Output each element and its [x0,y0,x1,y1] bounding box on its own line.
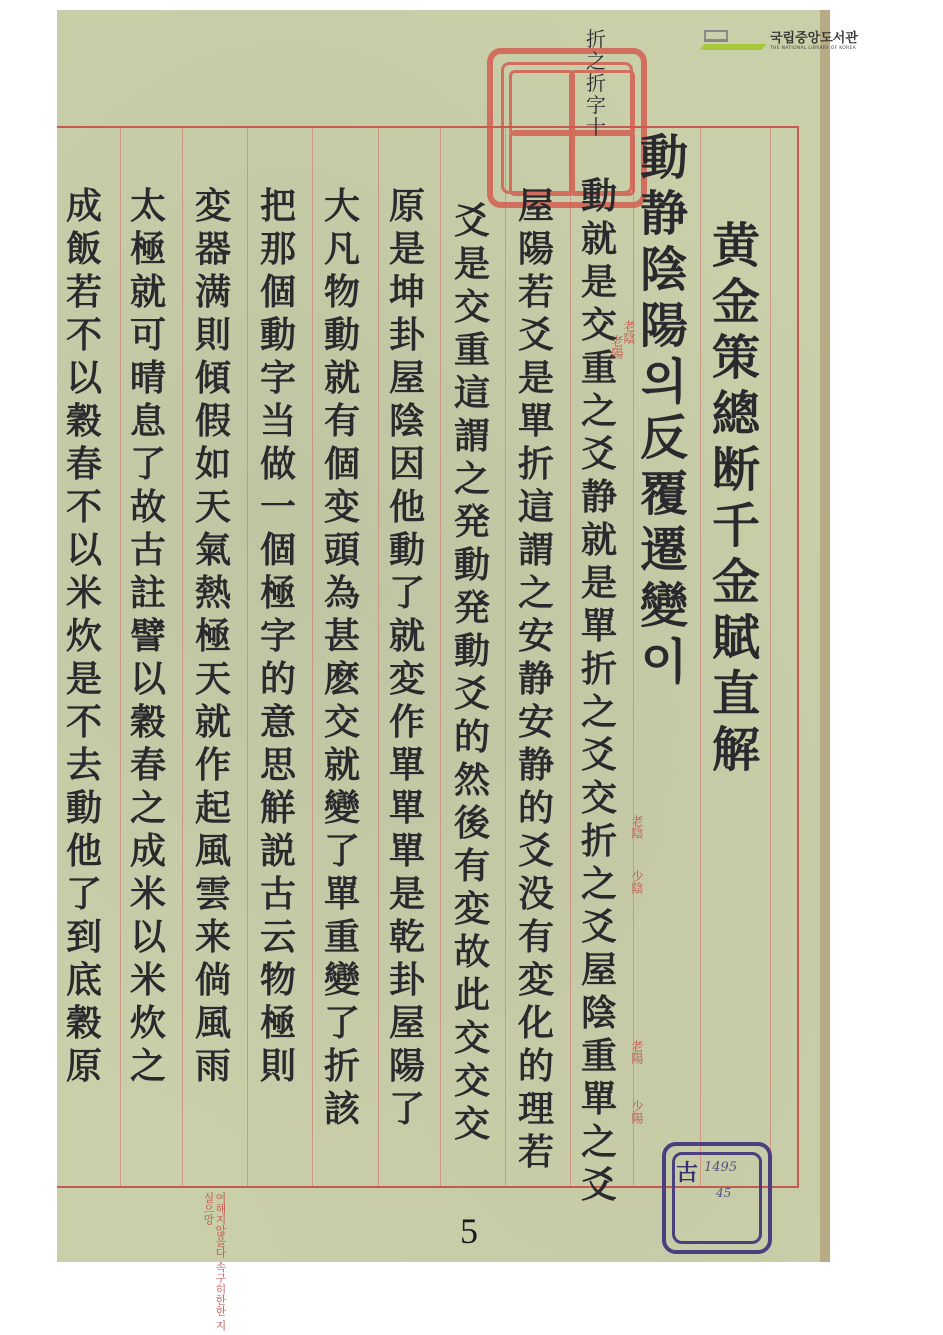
character: 起 [195,787,231,830]
column-rule [378,128,379,1186]
red-seal-stamp [487,48,647,208]
character: 是 [581,562,617,605]
character: 卦 [389,314,425,357]
character: 就 [389,615,425,658]
character: 爻 [518,830,554,873]
character: 爻 [454,200,490,243]
character: 晴 [130,357,166,400]
character: 後 [454,802,490,845]
character: 了 [66,873,102,916]
character: 断 [712,442,760,498]
character: 物 [260,959,296,1002]
character: 黄 [712,218,760,274]
character: 交 [581,777,617,820]
character: 氣 [195,529,231,572]
character: 可 [130,314,166,357]
character: 没 [518,873,554,916]
character: 来 [195,916,231,959]
character: 字 [260,357,296,400]
character: 這 [454,372,490,415]
character: 穀 [130,701,166,744]
character: 雨 [195,1045,231,1088]
character: 折 [518,443,554,486]
character: 屋 [581,949,617,992]
frame-right-border [797,126,799,1188]
character: 因 [389,443,425,486]
character: 変 [454,888,490,931]
character: 風 [195,1002,231,1045]
stamp-subnumber: 45 [716,1186,731,1200]
character: 乾 [389,916,425,959]
character: 以 [66,357,102,400]
character: 倘 [195,959,231,1002]
character: 解 [712,722,760,778]
character: 安 [518,701,554,744]
character: 若 [66,271,102,314]
character: 是 [389,873,425,916]
character: 炊 [66,615,102,658]
character: 那 [260,228,296,271]
character: 思 [260,744,296,787]
character: 極 [260,1002,296,1045]
korean-margin-note: 여해지않을다 속구히한한 지실으망 [202,1192,226,1335]
heading-column: 動静陰陽의反覆遷變이 [640,130,688,690]
character: 静 [581,476,617,519]
character: 変 [195,185,231,228]
text-column-2: 屋陽若爻是單折這謂之安静安静的爻没有変化的理若 [512,185,560,1174]
character: 之 [130,787,166,830]
character: 註 [130,572,166,615]
text-column-1: 動就是交重之爻静就是單折之爻交折之爻屋陰重單之爻 [575,175,623,1207]
character: 物 [324,271,360,314]
text-column-9: 成飯若不以穀春不以米炊是不去動他了到底穀原 [60,185,108,1088]
character: 大 [324,185,360,228]
character: 重 [324,916,360,959]
character: 策 [712,330,760,386]
character: 不 [66,314,102,357]
text-column-3: 爻是交重這謂之発動発動爻的然後有変故此交交交 [448,200,496,1146]
character: 原 [66,1045,102,1088]
character: 屋 [389,357,425,400]
character: 謂 [518,529,554,572]
character: 雲 [195,873,231,916]
character: 理 [518,1088,554,1131]
text-column-8: 太極就可晴息了故古註譬以穀春之成米以米炊之 [124,185,172,1088]
character: 單 [581,1078,617,1121]
character: 此 [454,974,490,1017]
character: 的 [454,716,490,759]
character: 之 [518,572,554,615]
red-annotation: 少陽 [630,1100,644,1124]
character: 單 [581,605,617,648]
character: 原 [389,185,425,228]
text-column-6: 把那個動字当做一個極字的意思觧説古云物極則 [254,185,302,1088]
character: 凡 [324,228,360,271]
character: 之 [130,1045,166,1088]
character: 變 [640,578,688,634]
character: 就 [195,701,231,744]
character: 이 [641,634,687,690]
character: 麽 [324,658,360,701]
character: 極 [195,615,231,658]
character: 十 [586,116,606,138]
column-rule [182,128,183,1186]
character: 動 [260,314,296,357]
character: 為 [324,572,360,615]
character: 極 [260,572,296,615]
column-rule [505,128,506,1186]
character: 满 [195,271,231,314]
red-annotation: 老陽 [610,335,624,359]
frame-top-border [57,126,797,128]
character: 單 [389,830,425,873]
character: 變 [324,787,360,830]
character: 交 [454,1060,490,1103]
character: 把 [260,185,296,228]
character: 就 [581,519,617,562]
character: 陽 [640,298,688,354]
character: 字 [586,94,606,116]
character: 静 [518,658,554,701]
character: 千 [712,498,760,554]
character: 直 [712,666,760,722]
character: 有 [454,845,490,888]
column-rule [570,128,571,1186]
character: 字 [260,615,296,658]
character: 云 [260,916,296,959]
character: 之 [586,50,606,72]
text-column-5: 大凡物動就有個变頭為甚麽交就變了單重變了折該 [318,185,366,1131]
stamp-number: 1495 [704,1160,737,1175]
character: 折 [586,72,606,94]
character: 動 [324,314,360,357]
character: 穀 [66,400,102,443]
character: 賦 [712,610,760,666]
character: 頭 [324,529,360,572]
character: 單 [324,873,360,916]
character: 交 [454,1017,490,1060]
character: 之 [454,458,490,501]
red-annotation: 少陰 [630,870,644,894]
character: 变 [324,486,360,529]
character: 静 [640,186,688,242]
character: 風 [195,830,231,873]
character: 古 [130,529,166,572]
column-rule [770,128,771,1186]
character: 他 [389,486,425,529]
character: 覆 [640,466,688,522]
character: 若 [518,1131,554,1174]
character: 的 [518,1045,554,1088]
character: 坤 [389,271,425,314]
character: 則 [195,314,231,357]
character: 單 [389,787,425,830]
character: 爻 [581,1164,617,1207]
character: 之 [581,1121,617,1164]
character: 静 [518,744,554,787]
character: 有 [518,916,554,959]
character: 單 [389,744,425,787]
character: 故 [130,486,166,529]
character: 有 [324,400,360,443]
character: 天 [195,658,231,701]
character: 交 [454,286,490,329]
character: 陽 [389,1045,425,1088]
character: 陰 [581,992,617,1035]
character: 觧 [260,787,296,830]
character: 卦 [389,959,425,1002]
character: 説 [260,830,296,873]
character: 作 [389,701,425,744]
column-rule [700,128,701,1186]
character: 謂 [454,415,490,458]
column-rule [440,128,441,1186]
character: 個 [260,529,296,572]
character: 譬 [130,615,166,658]
text-column-7: 変器满則傾假如天氣熱極天就作起風雲来倘風雨 [189,185,237,1088]
character: 了 [130,443,166,486]
character: 成 [66,185,102,228]
character: 交 [324,701,360,744]
character: 傾 [195,357,231,400]
character: 折 [586,28,606,50]
column-rule [247,128,248,1186]
library-stamp: 古 1495 45 [662,1142,772,1254]
character: 一 [260,486,296,529]
character: 動 [66,787,102,830]
character: 如 [195,443,231,486]
stamp-character: 古 [676,1156,698,1187]
red-annotation: 老陰 [622,320,636,344]
character: 重 [581,1035,617,1078]
character: 米 [66,572,102,615]
character: 熱 [195,572,231,615]
character: 折 [581,820,617,863]
character: 飯 [66,228,102,271]
library-name-korean: 국립중앙도서관 [770,32,858,46]
character: 若 [518,271,554,314]
character: 假 [195,400,231,443]
character: 然 [454,759,490,802]
character: 発 [454,501,490,544]
character: 爻 [581,734,617,777]
character: 重 [454,329,490,372]
character: 以 [130,658,166,701]
character: 米 [130,959,166,1002]
character: 故 [454,931,490,974]
character: 則 [260,1045,296,1088]
character: 爻 [581,906,617,949]
character: 個 [324,443,360,486]
character: 動 [454,630,490,673]
character: 個 [260,271,296,314]
character: 了 [389,572,425,615]
character: 的 [518,787,554,830]
character: 陰 [640,242,688,298]
character: 의 [641,354,687,410]
character: 動 [581,175,617,218]
character: 是 [454,243,490,286]
library-logo-icon [702,30,764,52]
character: 極 [130,228,166,271]
character: 就 [324,744,360,787]
character: 就 [581,218,617,261]
character: 変 [518,959,554,1002]
text-column-4: 原是坤卦屋陰因他動了就変作單單單是乾卦屋陽了 [383,185,431,1131]
character: 甚 [324,615,360,658]
library-name-english: THE NATIONAL LIBRARY OF KOREA [770,46,858,51]
character: 動 [389,529,425,572]
character: 息 [130,400,166,443]
character: 変 [389,658,425,701]
character: 金 [712,274,760,330]
character: 交 [454,1103,490,1146]
character: 太 [130,185,166,228]
character: 了 [389,1088,425,1131]
character: 屋 [389,1002,425,1045]
red-annotation: 老陰 [630,815,644,839]
column-rule [312,128,313,1186]
character: 是 [66,658,102,701]
character: 意 [260,701,296,744]
red-annotation: 老陽 [630,1040,644,1064]
character: 天 [195,486,231,529]
character: 化 [518,1002,554,1045]
character: 就 [324,357,360,400]
character: 的 [260,658,296,701]
character: 成 [130,830,166,873]
character: 總 [712,386,760,442]
character: 春 [66,443,102,486]
character: 動 [454,544,490,587]
character: 古 [260,873,296,916]
character: 該 [324,1088,360,1131]
character: 反 [640,410,688,466]
character: 不 [66,701,102,744]
character: 折 [581,648,617,691]
character: 動 [640,130,688,186]
character: 之 [581,390,617,433]
character: 做 [260,443,296,486]
character: 爻 [581,433,617,476]
character: 屋 [518,185,554,228]
character: 以 [66,529,102,572]
character: 這 [518,486,554,529]
character: 爻 [518,314,554,357]
character: 了 [324,1002,360,1045]
top-annotation: 折之折字十 [572,28,620,138]
character: 到 [66,916,102,959]
title-column: 黄金策總断千金賦直解 [712,218,760,778]
character: 炊 [130,1002,166,1045]
character: 作 [195,744,231,787]
character: 陰 [389,400,425,443]
character: 当 [260,400,296,443]
character: 発 [454,587,490,630]
character: 折 [324,1045,360,1088]
character: 以 [130,916,166,959]
character: 遷 [640,522,688,578]
character: 爻 [454,673,490,716]
character: 變 [324,959,360,1002]
character: 他 [66,830,102,873]
character: 安 [518,615,554,658]
character: 底 [66,959,102,1002]
page-number: 5 [460,1210,478,1252]
library-logo: 국립중앙도서관 THE NATIONAL LIBRARY OF KOREA [702,30,858,52]
character: 米 [130,873,166,916]
character: 不 [66,486,102,529]
character: 單 [518,400,554,443]
character: 春 [130,744,166,787]
character: 穀 [66,1002,102,1045]
character: 就 [130,271,166,314]
character: 是 [389,228,425,271]
character: 之 [581,863,617,906]
character: 之 [581,691,617,734]
character: 器 [195,228,231,271]
column-rule [633,128,634,1186]
character: 是 [581,261,617,304]
character: 去 [66,744,102,787]
character: 金 [712,554,760,610]
character: 了 [324,830,360,873]
column-rule [120,128,121,1186]
character: 是 [518,357,554,400]
character: 陽 [518,228,554,271]
page-edge [820,10,830,1262]
